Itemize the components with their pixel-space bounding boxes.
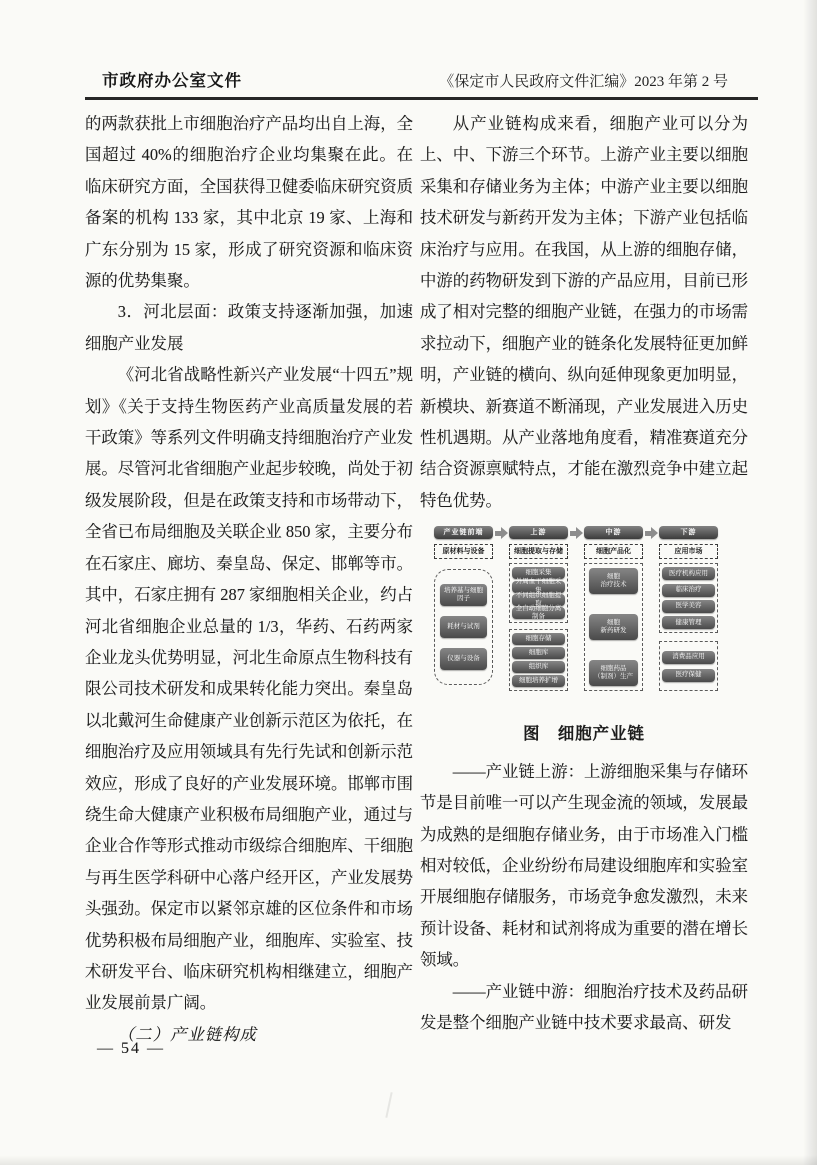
scan-mark-artifact bbox=[385, 1092, 392, 1118]
doc-type-label: 市政府办公室文件 bbox=[102, 67, 242, 91]
scan-edge-artifact bbox=[0, 1155, 817, 1165]
stage-group: 细胞 治疗技术细胞 新药研发细胞药品 （制剂）生产 bbox=[584, 563, 643, 691]
chain-item: 医学美容 bbox=[662, 600, 715, 613]
chain-item: 细胞存储 bbox=[512, 633, 565, 645]
chain-item: 外周血干细胞采集 bbox=[512, 581, 565, 593]
stage-group: 细胞采集外周血干细胞采集不同组织细胞提取全自动细胞分离制备 bbox=[509, 563, 568, 623]
paragraph: 3．河北层面：政策支持逐渐加强，加速细胞产业发展 bbox=[85, 296, 413, 359]
stage-subheader: 应用市场 bbox=[659, 544, 718, 559]
page-number: — 54 — bbox=[97, 1040, 165, 1058]
diagram-stage: 中游细胞产品化细胞 治疗技术细胞 新药研发细胞药品 （制剂）生产 bbox=[584, 526, 643, 691]
chain-item: 全自动细胞分离制备 bbox=[512, 607, 565, 619]
stage-header: 下游 bbox=[659, 526, 718, 539]
compilation-label: 《保定市人民政府文件汇编》2023 年第 2 号 bbox=[439, 70, 728, 91]
figure-caption: 图 细胞产业链 bbox=[420, 718, 748, 749]
paragraph: ——产业链中游：细胞治疗技术及药品研发是整个细胞产业链中技术要求最高、研发 bbox=[420, 976, 748, 1039]
diagram-stage: 产业链前端原材料与设备培养基与细胞因子耗材与试剂仪器与设备 bbox=[434, 526, 493, 685]
chain-item: 临床治疗 bbox=[662, 584, 715, 597]
stage-subheader: 原材料与设备 bbox=[434, 544, 493, 559]
chain-item: 培养基与细胞因子 bbox=[440, 584, 487, 606]
chain-item: 细胞 治疗技术 bbox=[589, 568, 638, 594]
diagram-stage: 上游细胞提取与存储细胞采集外周血干细胞采集不同组织细胞提取全自动细胞分离制备细胞… bbox=[509, 526, 568, 691]
chain-item: 医疗保健 bbox=[662, 669, 715, 682]
arrow-head bbox=[501, 527, 508, 539]
arrow-head bbox=[576, 527, 583, 539]
stage-subheader: 细胞产品化 bbox=[584, 544, 643, 559]
stage-header: 产业链前端 bbox=[434, 526, 493, 539]
chain-item: 消费品应用 bbox=[662, 651, 715, 664]
industry-chain-diagram: 产业链前端原材料与设备培养基与细胞因子耗材与试剂仪器与设备上游细胞提取与存储细胞… bbox=[434, 526, 712, 704]
right-column: 从产业链构成来看，细胞产业可以分为上、中、下游三个环节。上游产业主要以细胞采集和… bbox=[420, 108, 748, 1038]
stage-group: 消费品应用医疗保健 bbox=[659, 641, 718, 691]
chain-item: 组织库 bbox=[512, 661, 565, 673]
chain-item: 细胞培养扩增 bbox=[512, 675, 565, 687]
stage-group: 医疗机构应用临床治疗医学美容健康管理 bbox=[659, 563, 718, 633]
stage-group: 培养基与细胞因子耗材与试剂仪器与设备 bbox=[434, 569, 493, 685]
scan-edge-artifact bbox=[803, 0, 817, 1165]
chain-item: 细胞 新药研发 bbox=[589, 614, 638, 640]
stage-subheader: 细胞提取与存储 bbox=[509, 544, 568, 559]
chain-item: 细胞库 bbox=[512, 647, 565, 659]
paragraph: 从产业链构成来看，细胞产业可以分为上、中、下游三个环节。上游产业主要以细胞采集和… bbox=[420, 108, 748, 516]
paragraph: 《河北省战略性新兴产业发展“十四五”规划》《关于支持生物医药产业高质量发展的若干… bbox=[85, 359, 413, 1019]
arrow-right-icon bbox=[643, 527, 659, 540]
stage-header: 中游 bbox=[584, 526, 643, 539]
page-header: 市政府办公室文件 《保定市人民政府文件汇编》2023 年第 2 号 bbox=[85, 66, 758, 100]
chain-item: 仪器与设备 bbox=[440, 648, 487, 670]
document-page: 市政府办公室文件 《保定市人民政府文件汇编》2023 年第 2 号 的两款获批上… bbox=[0, 0, 817, 1165]
chain-item: 耗材与试剂 bbox=[440, 616, 487, 638]
chain-item: 医疗机构应用 bbox=[662, 567, 715, 580]
stage-group: 细胞存储细胞库组织库细胞培养扩增 bbox=[509, 629, 568, 691]
left-column: 的两款获批上市细胞治疗产品均出自上海，全国超过 40%的细胞治疗企业均集聚在此。… bbox=[85, 108, 413, 1050]
stage-header: 上游 bbox=[509, 526, 568, 539]
chain-item: 细胞药品 （制剂）生产 bbox=[589, 660, 638, 686]
arrow-head bbox=[651, 527, 658, 539]
diagram-stage: 下游应用市场医疗机构应用临床治疗医学美容健康管理消费品应用医疗保健 bbox=[659, 526, 718, 691]
paragraph: ——产业链上游：上游细胞采集与存储环节是目前唯一可以产生现金流的领域，发展最为成… bbox=[420, 756, 748, 976]
paragraph: 的两款获批上市细胞治疗产品均出自上海，全国超过 40%的细胞治疗企业均集聚在此。… bbox=[85, 108, 413, 296]
arrow-right-icon bbox=[568, 527, 584, 540]
arrow-right-icon bbox=[493, 527, 509, 540]
chain-item: 健康管理 bbox=[662, 616, 715, 629]
